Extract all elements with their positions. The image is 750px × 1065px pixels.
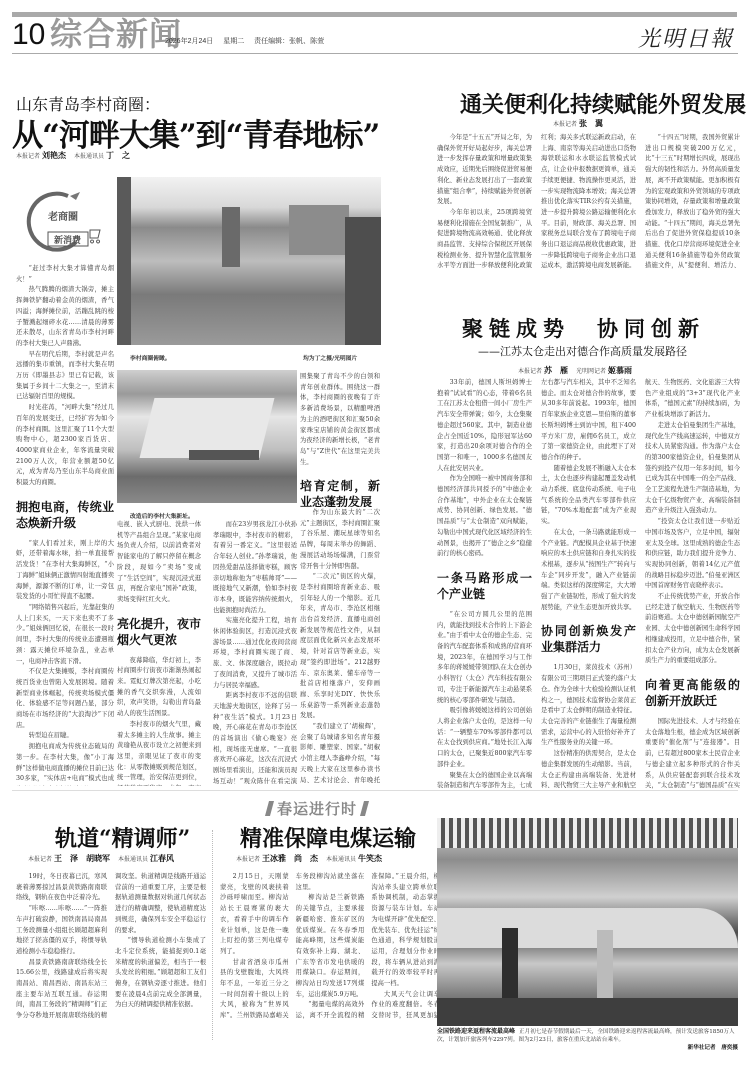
article1-column-4: 作为山东最大的“二次元”主题街区，李村商圈汇聚了谷乐屋、潮玩星球等知名品牌，每周…: [300, 508, 380, 786]
article1-headline: 从“河畔大集”到“青春地标”: [12, 110, 379, 155]
article2-body: 今年是“十五五”开局之年，为确保外贸开好局起好步，海关总署进一步发挥存量政策和增…: [437, 133, 740, 281]
photo-licun-market-new-site: [117, 370, 297, 503]
column-divider: [212, 830, 213, 1040]
issue-weekday: 星期二: [223, 38, 244, 45]
article3-subheadline: ——江苏太仓走出对德合作高质量发展路径: [478, 343, 687, 359]
article2-byline: 本报记者张 翼: [553, 118, 609, 129]
slash-right-icon: [360, 801, 369, 816]
article1-byline: 本报记者刘艳杰 本报通讯员丁 之: [16, 150, 136, 161]
masthead-rule: [12, 53, 738, 54]
badge-line2: 新消费: [54, 233, 81, 246]
article1-subhead-2: 亮化提升，夜市烟火气更浓: [117, 616, 201, 648]
editor-credit: 责任编辑：张帆、陈萱: [254, 38, 324, 45]
masthead-bar-right: [362, 12, 737, 17]
article3-subhead-2: 协同创新焕发产业集群活力: [541, 623, 636, 655]
column-logo-badge: 老商圈 新消费: [18, 190, 106, 258]
photo3-title: 全国铁路迎来返程客流最高峰: [437, 1028, 515, 1035]
article5-byline: 本报记者王冰雅 尚 杰 本报通讯员牛笑杰: [236, 853, 388, 864]
article4-headline: 轨道“精调师”: [55, 822, 190, 853]
page-number: 10: [12, 20, 45, 50]
article1-column-2: 电视、嵌入式厨电、洗烘一体机等产品组合呈现。”某家电商场负责人介绍，以前消费者对…: [117, 520, 201, 786]
article3-subhead-1: 一条马路形成一个产业链: [437, 570, 532, 602]
article2-headline: 通关便利化持续赋能外贸发展: [460, 88, 746, 119]
article1-subhead-1: 拥抱电商，传统业态焕新升级: [16, 499, 114, 531]
article4-body: 19时，冬日夜幕已沉，寒风裹着薄雾掠过昌景黄铁路南南联络线，钢轨在夜色中泛着冷光…: [16, 872, 206, 1032]
photo2-caption: 改造后的李村大集新址。: [130, 511, 194, 520]
photo-licun-aerial: [117, 177, 381, 345]
badge-line1: 老商圈: [48, 208, 78, 223]
section-title: 综合新闻: [50, 18, 182, 50]
photo3-credit: 新华社记者 唐奕摄: [437, 1044, 738, 1052]
photo-railway-station-platform: [437, 818, 738, 1026]
photo-credit: 均为丁之摄/光明图片: [303, 353, 357, 362]
article5-body: 2月15日，天刚蒙蒙亮，戈壁的风裹挟着沙砾呼啸而至。柳沟站站长王晨赛紧的裹大衣，…: [220, 872, 440, 1032]
article5-headline: 精准保障电煤运输: [240, 822, 416, 853]
section-divider: [12, 790, 738, 791]
badge-ring-icon: [18, 190, 106, 258]
issue-date: 2026年2月24日: [165, 38, 213, 45]
photo1-caption: 李村商圈俯瞰。: [130, 353, 171, 362]
dateline: 2026年2月24日 星期二 责任编辑：张帆、陈萱: [165, 36, 332, 46]
article3-headline: 聚链成势 协同创新: [462, 313, 705, 343]
slash-left-icon: [265, 801, 274, 816]
article3-byline: 本报记者苏 雁 光明网记者姬慕雨: [518, 365, 638, 376]
article1-subhead-3: 培育定制，新业态蓬勃发展: [300, 478, 380, 507]
article1-column-3: 而在23岁男孩龙江小伙孙孝瑞眼中，李村夜市的精彩，有着另一番定义。“这里很适合年…: [213, 520, 297, 786]
article1-column-5a: 围集聚了青岛不少的白领和青年创业群体。围绕这一群体，李村商圈的夜晚有了许多新消费…: [300, 372, 380, 507]
article3-subhead-3: 向着更高能级的创新开放跃迁: [645, 677, 740, 709]
spring-travel-banner: 春运进行时: [262, 798, 372, 819]
article3-body: 33年前，德国人斯坦姆博士抱着“试试看”的心态，带着6名员工在江苏太仓租借一间小…: [437, 378, 740, 796]
newspaper-logo: 光明日報: [638, 22, 734, 53]
article1-column-1: “赶过李村大集才算懂青岛烟火！” 热气腾腾的烟渣大锅旁，摊主挥舞铁铲翻动着金黄的…: [16, 264, 114, 786]
article4-byline: 本报记者王 泽 胡晓军 本报通讯员江春风: [28, 853, 180, 864]
photo3-caption-block: 全国铁路迎来返程客流最高峰正月初七是春节假期最后一天，全国铁路迎来返程客流最高峰…: [437, 1028, 738, 1052]
